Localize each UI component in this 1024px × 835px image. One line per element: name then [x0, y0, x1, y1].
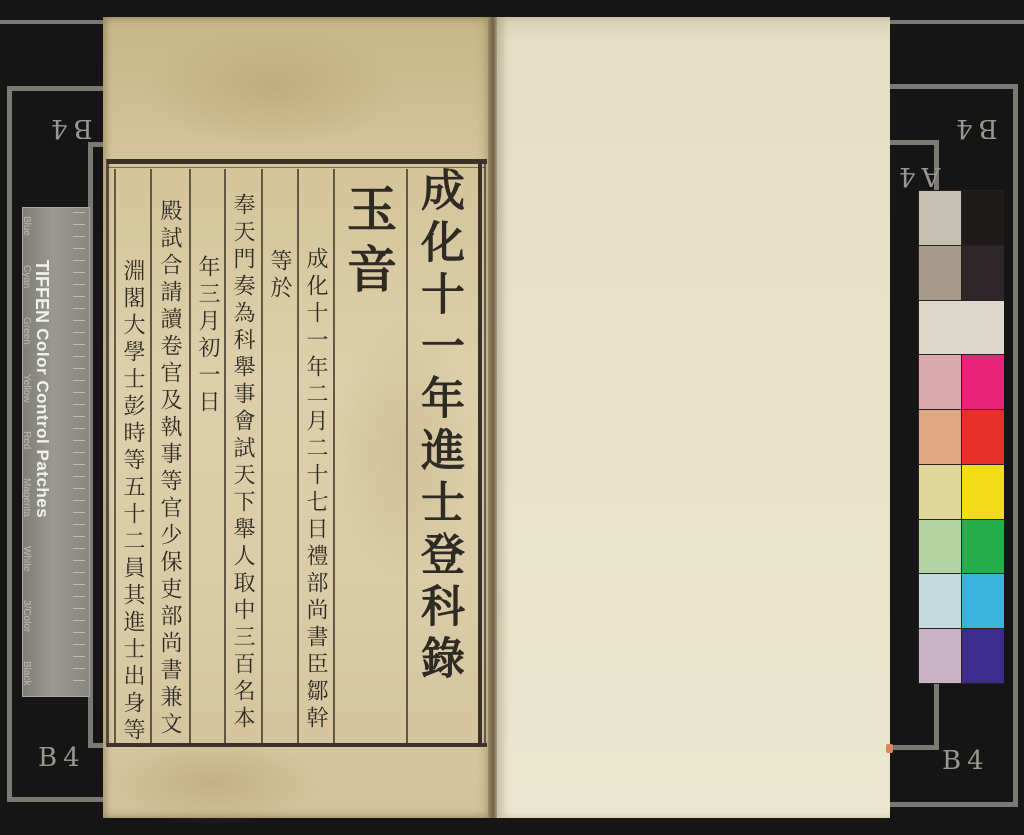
- patch-lavender: [919, 629, 961, 683]
- frame-label-bottom-right: B4: [942, 748, 990, 774]
- tiffen-label-white: White: [21, 546, 32, 572]
- left-b4-frame-top: [7, 86, 107, 91]
- patch-peach: [919, 410, 961, 464]
- text-column-date-official: 成化十一年二月二十七日禮部尚書臣鄒幹: [304, 247, 326, 733]
- right-b4-frame-side: [1013, 84, 1018, 807]
- column-rule: [114, 169, 116, 743]
- patch-light-green: [919, 520, 961, 574]
- patch-green: [962, 520, 1004, 574]
- text-column-fengtianmen: 奉天門奏為科舉事會試天下舉人取中三百名本: [231, 193, 253, 733]
- frame-label-top-right: B4: [950, 115, 998, 141]
- frame-label-top-left: B4: [45, 115, 93, 141]
- patch-cyan: [962, 574, 1004, 628]
- tiffen-logo: TIFFEN: [32, 260, 52, 323]
- patch-yellow: [962, 465, 1004, 519]
- frame-left-border: [106, 159, 109, 747]
- patch-red: [962, 410, 1004, 464]
- book-left-page: 成化十一年進士登科錄 玉音 成化十一年二月二十七日禮部尚書臣鄒幹 等於 奉天門奏…: [103, 17, 493, 818]
- patch-purple: [962, 629, 1004, 683]
- patch-dark-brown: [962, 246, 1004, 300]
- text-column-month-day: 年三月初一日: [196, 255, 218, 417]
- right-a4-frame-top: [888, 140, 939, 145]
- frame-top-border: [107, 159, 487, 164]
- patch-light-gray: [919, 191, 961, 245]
- patch-light-cyan: [919, 574, 961, 628]
- left-b4-frame-side: [7, 86, 12, 802]
- column-rule: [297, 169, 299, 743]
- right-b4-frame-bottom: [888, 802, 1018, 807]
- tiffen-label-3color: 3/Color: [21, 600, 32, 632]
- patch-light-yellow: [919, 465, 961, 519]
- text-column-dengyu: 等於: [268, 249, 290, 303]
- tiffen-product-label: Color Control Patches: [33, 328, 52, 518]
- tiffen-label-blue: Blue: [21, 216, 32, 236]
- frame-label-bottom-left: B4: [38, 745, 86, 771]
- book-title: 成化十一年進士登科錄: [416, 167, 460, 687]
- column-rule: [261, 169, 263, 743]
- text-column-dianshi: 殿試合請讀卷官及執事等官少保吏部尚書兼文: [158, 199, 180, 739]
- frame-right-outer-border: [484, 159, 486, 747]
- tiffen-color-control-strip: Blue Cyan Green Yellow Red Magenta White…: [22, 207, 90, 697]
- ruler-scale: [73, 212, 85, 692]
- book-right-blank-page: [497, 17, 890, 818]
- paper-stain: [143, 27, 403, 147]
- left-b4-frame-bottom: [7, 797, 107, 802]
- paper-stain: [103, 737, 323, 827]
- text-column-yuyin: 玉音: [343, 183, 393, 303]
- column-rule: [333, 169, 335, 743]
- column-rule: [406, 169, 408, 743]
- patch-light-pink: [919, 355, 961, 409]
- text-column-yuange: 淵閣大學士彭時等五十二員其進士出身等: [121, 259, 143, 745]
- frame-right-border: [478, 159, 482, 747]
- column-rule: [224, 169, 226, 743]
- frame-bottom-border: [107, 743, 487, 747]
- tiffen-brand-text: TIFFEN Color Control Patches: [31, 260, 52, 518]
- color-calibration-patches: [918, 190, 1004, 684]
- right-b4-frame-top: [888, 84, 1018, 89]
- patch-black: [962, 191, 1004, 245]
- column-rule: [189, 169, 191, 743]
- patch-taupe: [919, 246, 961, 300]
- page-edge-tab: [886, 744, 893, 753]
- frame-label-top-right-inner: A4: [893, 163, 940, 189]
- column-rule: [150, 169, 152, 743]
- tiffen-label-black: Black: [21, 661, 32, 685]
- right-a4-frame-bottom: [888, 745, 939, 750]
- patch-magenta: [962, 355, 1004, 409]
- patch-white: [919, 301, 1004, 355]
